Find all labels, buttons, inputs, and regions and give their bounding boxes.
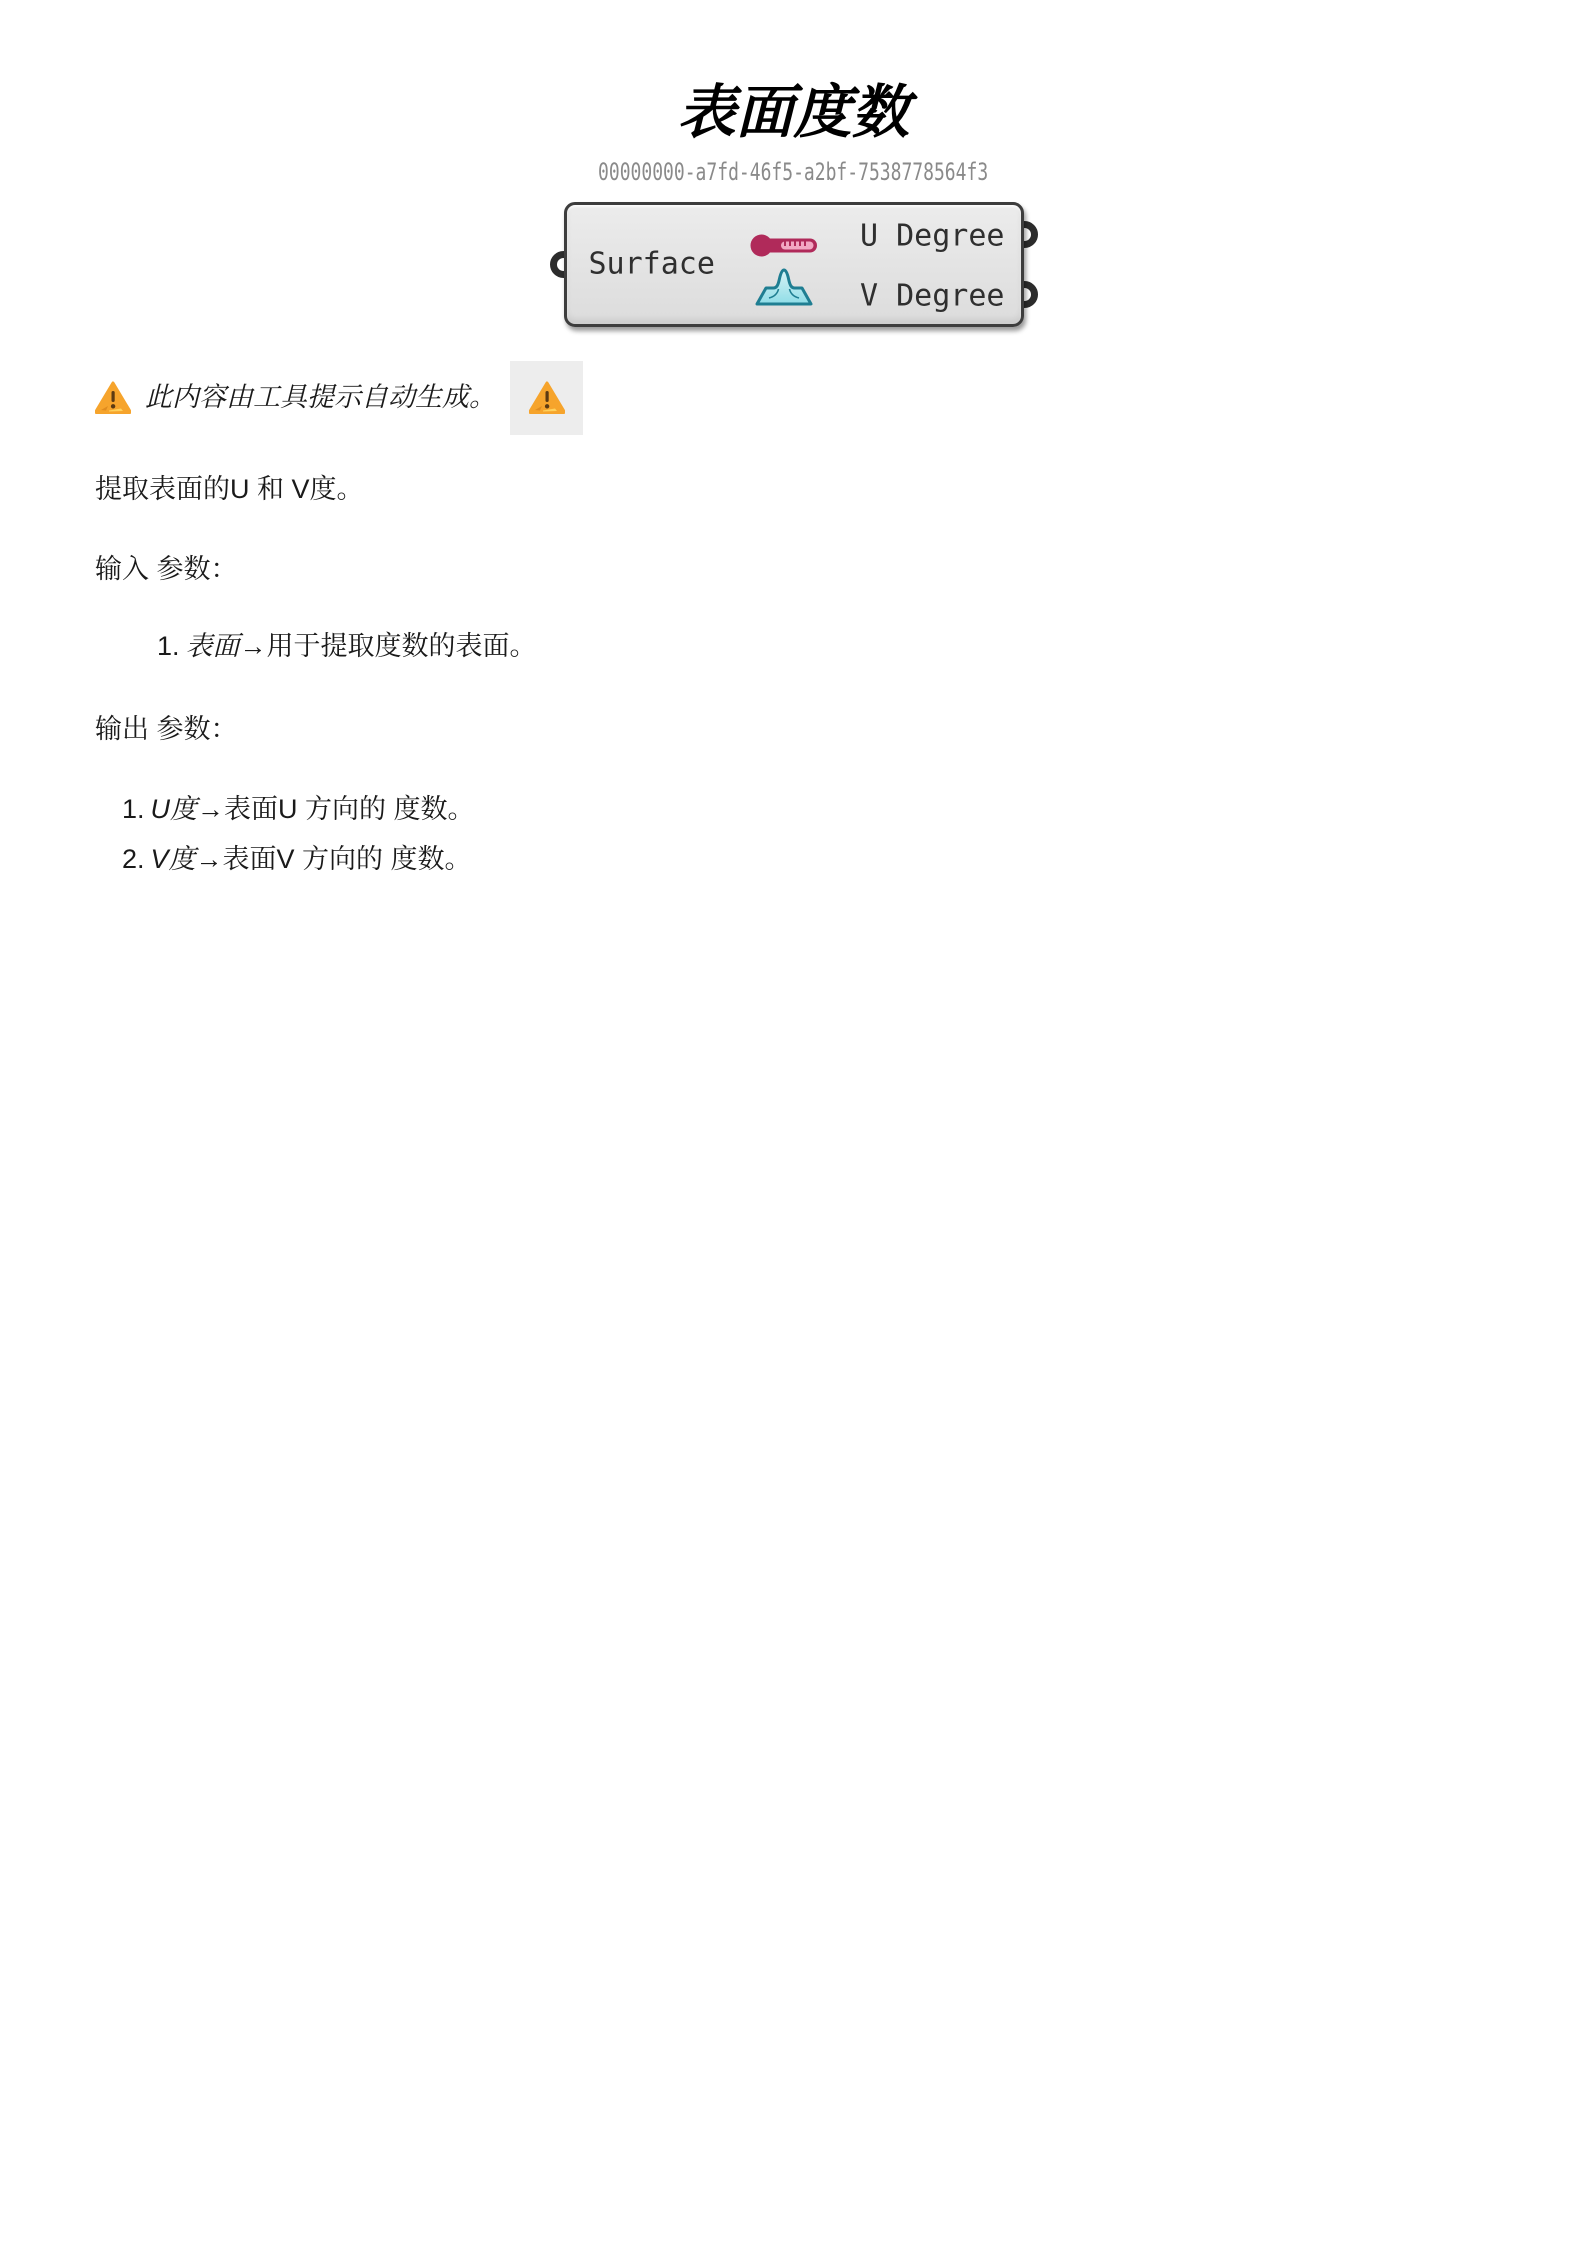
- input-param-list: 1. 表面→用于提取度数的表面。: [95, 629, 1492, 664]
- warning-triangle-icon: [529, 381, 565, 414]
- param-desc: →表面U 方向的 度数。: [197, 794, 475, 824]
- param-name: V度: [151, 844, 196, 874]
- component-diagram: Surface: [0, 202, 1587, 327]
- item-text: 表面→用于提取度数的表面。: [186, 629, 537, 664]
- output-param-list: 1. U度→表面U 方向的 度数。 2. V度→表面V 方向的 度数。: [95, 792, 1492, 877]
- output-params-heading: 输出 参数：: [95, 712, 1492, 747]
- list-item: 2. V度→表面V 方向的 度数。: [95, 842, 1492, 877]
- output-label-u: U Degree: [860, 218, 1005, 253]
- component-guid: 00000000-a7fd-46f5-a2bf-7538778564f3: [598, 158, 988, 186]
- item-number: 1.: [122, 792, 145, 827]
- item-text: V度→表面V 方向的 度数。: [151, 842, 472, 877]
- surface-icon: [753, 267, 815, 312]
- key-icon: [750, 233, 818, 263]
- output-label-v: V Degree: [860, 278, 1005, 313]
- param-name: U度: [151, 794, 198, 824]
- page-title: 表面度数: [0, 78, 1587, 148]
- component-icons: [749, 233, 819, 312]
- description-text: 提取表面的U 和 V度。: [95, 472, 1492, 507]
- warning-emoji-background: [510, 361, 583, 435]
- item-number: 2.: [122, 842, 145, 877]
- item-text: U度→表面U 方向的 度数。: [151, 792, 475, 827]
- input-label: Surface: [589, 247, 715, 282]
- list-item: 1. U度→表面U 方向的 度数。: [95, 792, 1492, 827]
- document-page: 表面度数 00000000-a7fd-46f5-a2bf-7538778564f…: [0, 0, 1587, 2244]
- list-item: 1. 表面→用于提取度数的表面。: [95, 629, 1492, 664]
- warning-triangle-icon: [95, 381, 131, 414]
- input-params-heading: 输入 参数：: [95, 552, 1492, 587]
- param-desc: →表面V 方向的 度数。: [196, 844, 472, 874]
- param-desc: →用于提取度数的表面。: [240, 631, 537, 661]
- article-body: 此内容由工具提示自动生成。 提取表面的U 和 V度。 输入 参数： 1.: [0, 361, 1587, 877]
- warning-text: 此内容由工具提示自动生成。: [145, 380, 496, 415]
- guid-row: 00000000-a7fd-46f5-a2bf-7538778564f3: [0, 158, 1587, 186]
- warning-note: 此内容由工具提示自动生成。: [95, 361, 1492, 435]
- component-capsule: Surface: [564, 202, 1024, 327]
- gh-component: Surface: [564, 202, 1024, 327]
- item-number: 1.: [157, 629, 180, 664]
- param-name: 表面: [186, 631, 240, 661]
